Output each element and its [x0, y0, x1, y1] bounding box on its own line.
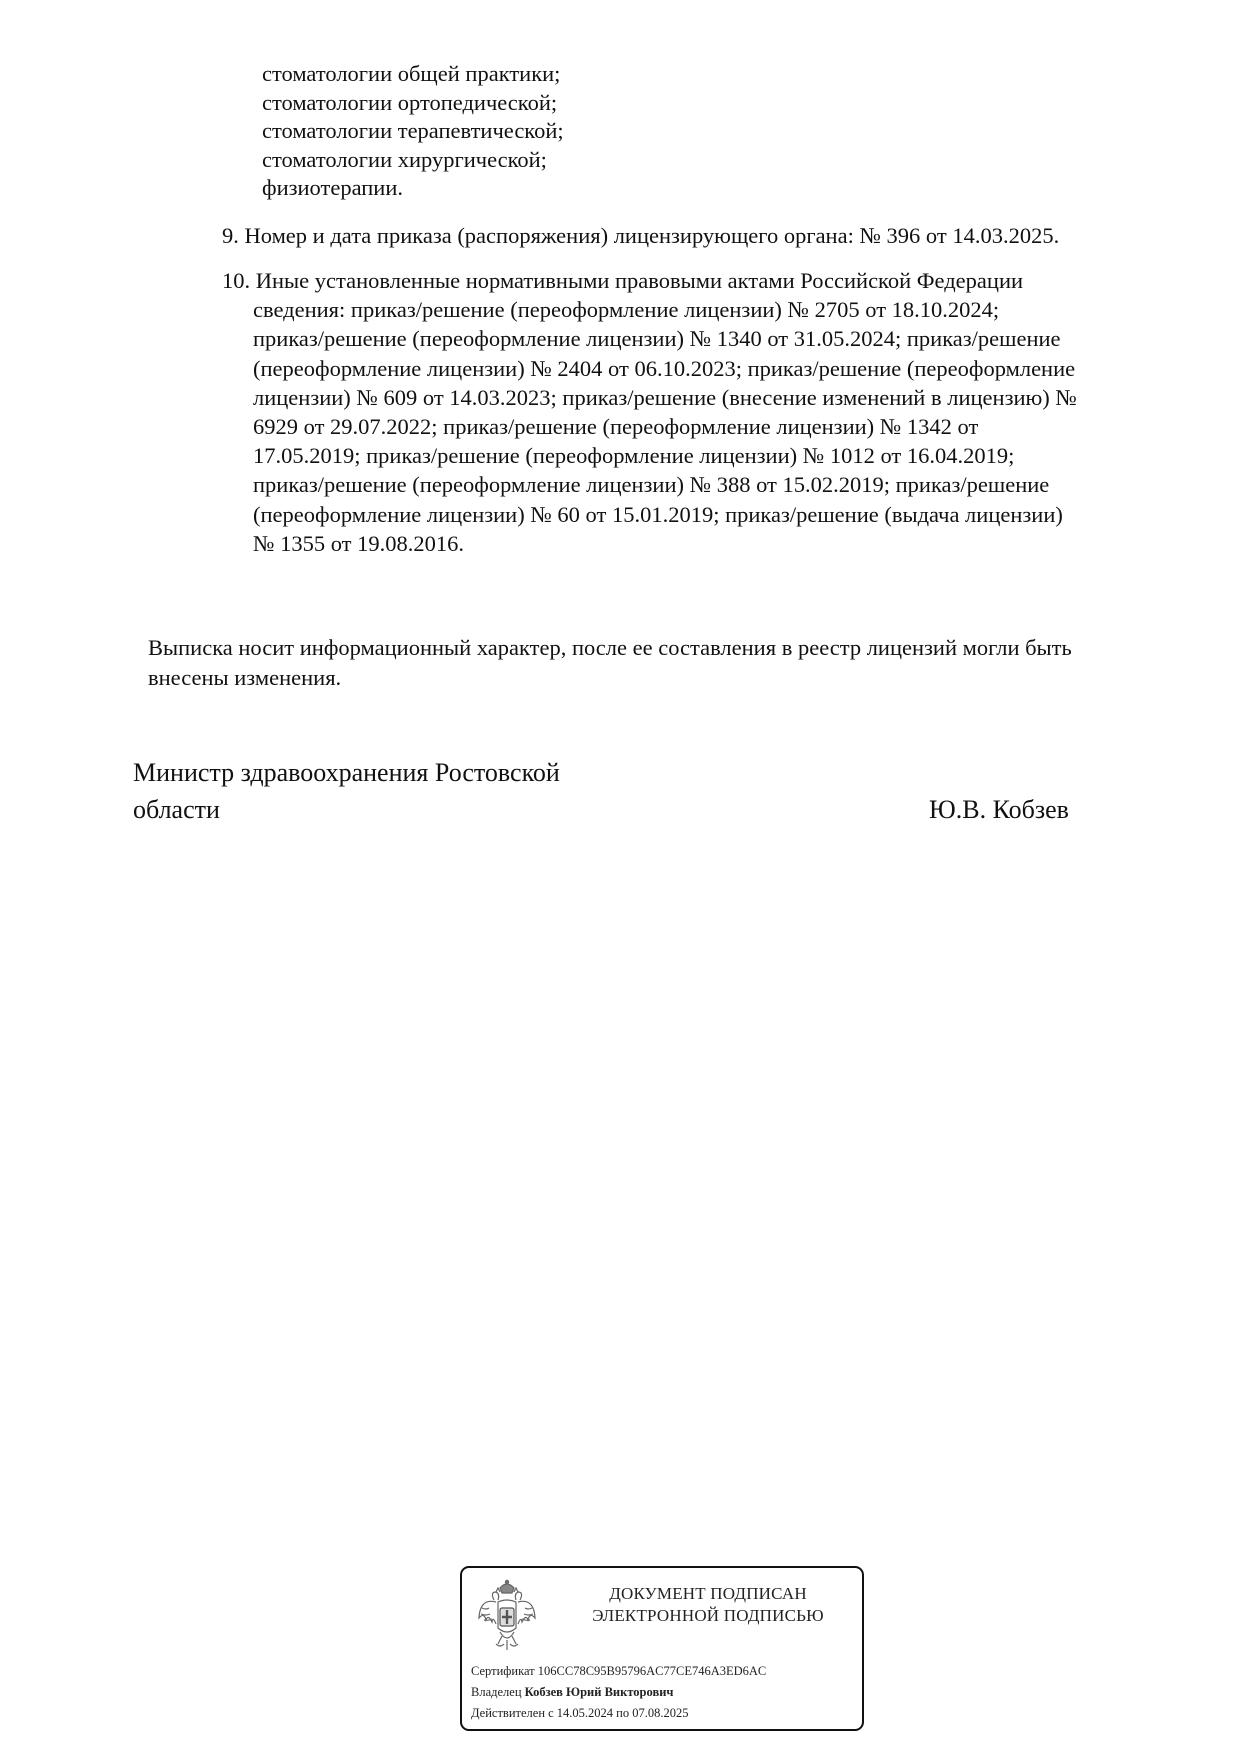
specialty-item: стоматологии общей практики; — [262, 60, 564, 89]
signatory-title-line: области — [133, 791, 560, 828]
other-info-line: 6929 от 29.07.2022; приказ/решение (пере… — [222, 412, 1182, 441]
other-info-line: приказ/решение (переоформление лицензии)… — [222, 470, 1182, 499]
disclaimer-note: Выписка носит информационный характер, п… — [148, 633, 1072, 692]
other-info-line: сведения: приказ/решение (переоформление… — [222, 295, 1182, 324]
other-info-line: № 1355 от 19.08.2016. — [222, 529, 1182, 558]
other-info-line: лицензии) № 609 от 14.03.2023; приказ/ре… — [222, 383, 1182, 412]
russian-coat-of-arms-icon — [476, 1578, 538, 1656]
specialty-item: стоматологии ортопедической; — [262, 89, 564, 118]
certificate-label: Сертификат — [471, 1664, 535, 1678]
signatory-title-line: Министр здравоохранения Ростовской — [133, 754, 560, 791]
other-info-heading: 10. Иные установленные нормативными прав… — [222, 266, 1182, 295]
other-info-line: приказ/решение (переоформление лицензии)… — [222, 324, 1182, 353]
other-info-line: (переоформление лицензии) № 60 от 15.01.… — [222, 500, 1182, 529]
certificate-row: Сертификат 106CC78C95B95796AC77CE746A3ED… — [471, 1663, 766, 1679]
validity-row: Действителен с 14.05.2024 по 07.08.2025 — [471, 1705, 689, 1721]
signatory-name: Ю.В. Кобзев — [929, 791, 1069, 828]
stamp-heading-line: ДОКУМЕНТ ПОДПИСАН — [558, 1583, 858, 1605]
specialty-item: стоматологии хирургической; — [262, 146, 564, 175]
other-info-line: (переоформление лицензии) № 2404 от 06.1… — [222, 354, 1182, 383]
disclaimer-line: внесены изменения. — [148, 663, 1072, 693]
disclaimer-line: Выписка носит информационный характер, п… — [148, 633, 1072, 663]
owner-row: Владелец Кобзев Юрий Викторович — [471, 1684, 673, 1700]
owner-label: Владелец — [471, 1685, 522, 1699]
specialty-item: физиотерапии. — [262, 174, 564, 203]
other-info-item: 10. Иные установленные нормативными прав… — [222, 266, 1182, 558]
signatory-title: Министр здравоохранения Ростовской облас… — [133, 754, 560, 828]
stamp-heading: ДОКУМЕНТ ПОДПИСАН ЭЛЕКТРОННОЙ ПОДПИСЬЮ — [558, 1583, 858, 1627]
certificate-value: 106CC78C95B95796AC77CE746A3ED6AC — [538, 1664, 767, 1678]
specialties-list: стоматологии общей практики; стоматологи… — [262, 60, 564, 203]
owner-value: Кобзев Юрий Викторович — [525, 1685, 674, 1699]
other-info-line: 17.05.2019; приказ/решение (переоформлен… — [222, 441, 1182, 470]
order-number-item: 9. Номер и дата приказа (распоряжения) л… — [222, 221, 1059, 250]
electronic-signature-stamp: ДОКУМЕНТ ПОДПИСАН ЭЛЕКТРОННОЙ ПОДПИСЬЮ С… — [460, 1566, 864, 1731]
stamp-heading-line: ЭЛЕКТРОННОЙ ПОДПИСЬЮ — [558, 1605, 858, 1627]
specialty-item: стоматологии терапевтической; — [262, 117, 564, 146]
